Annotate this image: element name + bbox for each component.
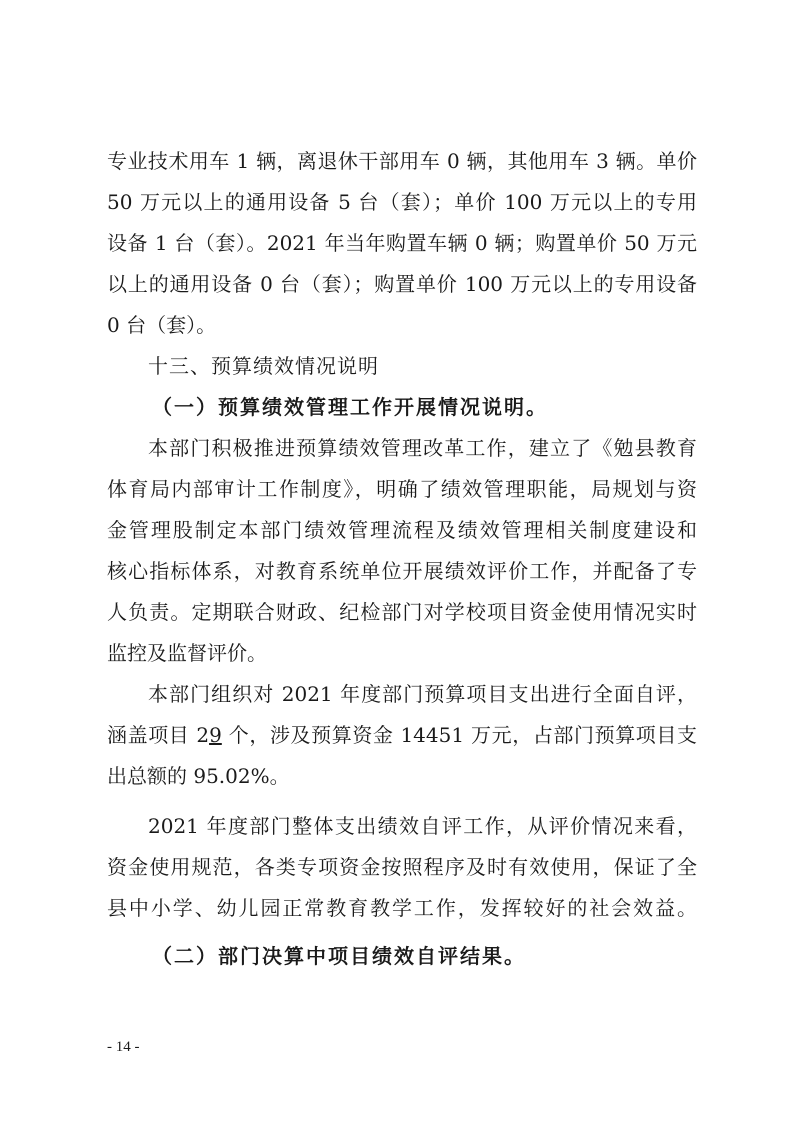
body-text-line: 设备 1 台（套）。2021 年当年购置车辆 0 辆；购置单价 50 万元: [107, 231, 697, 255]
section-heading: 十三、预算绩效情况说明: [148, 354, 379, 378]
text-segment: 涵盖项目 2: [107, 723, 209, 747]
body-text-line: 出总额的 95.02%。: [107, 764, 697, 788]
body-text-line: 金管理股制定本部门绩效管理流程及绩效管理相关制度建设和: [107, 518, 697, 542]
body-text-line: 本部门组织对 2021 年度部门预算项目支出进行全面自评，: [148, 682, 697, 706]
body-text-line: 0 台（套）。: [107, 313, 697, 337]
body-text-line: 监控及监督评价。: [107, 641, 697, 665]
text-segment: 个，涉及预算资金 14451 万元，占部门预算项目支: [222, 723, 697, 747]
body-text-line: 资金使用规范，各类专项资金按照程序及时有效使用，保证了全: [107, 855, 697, 879]
document-page: 专业技术用车 1 辆，离退休干部用车 0 辆，其他用车 3 辆。单价 50 万元…: [0, 0, 793, 1122]
body-text-line: 涵盖项目 29 个，涉及预算资金 14451 万元，占部门预算项目支: [107, 723, 697, 747]
body-text-line: 县中小学、幼儿园正常教育教学工作，发挥较好的社会效益。: [107, 896, 697, 920]
subsection-heading-1: （一）预算绩效管理工作开展情况说明。: [152, 395, 548, 419]
body-text-line: 核心指标体系，对教育系统单位开展绩效评价工作，并配备了专: [107, 559, 697, 583]
body-text-line: 专业技术用车 1 辆，离退休干部用车 0 辆，其他用车 3 辆。单价: [107, 149, 697, 173]
underlined-digit: 9: [209, 723, 222, 747]
body-text-line: 本部门积极推进预算绩效管理改革工作，建立了《勉县教育: [148, 436, 697, 460]
subsection-heading-2: （二）部门决算中项目绩效自评结果。: [152, 944, 526, 968]
body-text-line: 体育局内部审计工作制度》，明确了绩效管理职能，局规划与资: [107, 477, 697, 501]
page-number: - 14 -: [107, 1037, 140, 1057]
body-text-line: 2021 年度部门整体支出绩效自评工作，从评价情况来看，: [148, 814, 697, 838]
body-text-line: 以上的通用设备 0 台（套）；购置单价 100 万元以上的专用设备: [107, 272, 697, 296]
body-text-line: 50 万元以上的通用设备 5 台（套）；单价 100 万元以上的专用: [107, 190, 697, 214]
body-text-line: 人负责。定期联合财政、纪检部门对学校项目资金使用情况实时: [107, 600, 697, 624]
